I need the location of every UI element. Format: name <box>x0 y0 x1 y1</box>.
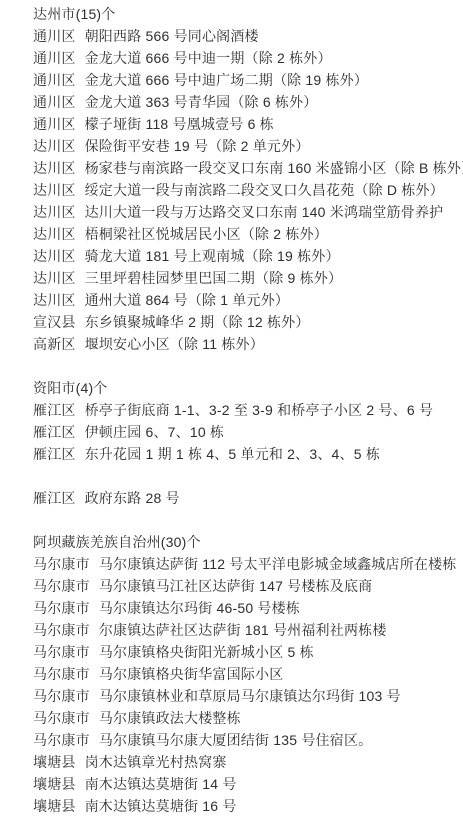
district-label: 通川区 <box>33 50 76 66</box>
section-header: 阿坝藏族羌族自治州(30)个 <box>33 531 463 553</box>
address-text: 马尔康镇格央街阳光新城小区 5 栋 <box>99 644 314 660</box>
address-text: 堰坝安心小区（除 11 栋外） <box>85 336 264 352</box>
address-text: 马尔康镇格央街华富国际小区 <box>99 666 284 682</box>
list-item: 通川区朝阳西路 566 号同心阁酒楼 <box>33 25 463 47</box>
list-item: 马尔康市马尔康镇马尔康大厦团结街 135 号住宿区。 <box>33 729 463 751</box>
list-item: 达川区梧桐梁社区悦城居民小区（除 2 栋外） <box>33 223 463 245</box>
list-item: 达川区通州大道 864 号（除 1 单元外） <box>33 289 463 311</box>
district-label: 雁江区 <box>33 446 76 462</box>
list-item: 马尔康市马尔康镇林业和草原局马尔康镇达尔玛街 103 号 <box>33 685 463 707</box>
district-label: 雁江区 <box>33 424 76 440</box>
address-text: 达川大道一段与万达路交叉口东南 140 米鸿瑞堂筋骨养护 <box>85 204 444 220</box>
list-item: 通川区金龙大道 666 号中迪广场二期（除 19 栋外） <box>33 69 463 91</box>
address-text: 杨家巷与南滨路一段交叉口东南 160 米盛锦小区（除 B 栋外） <box>85 160 463 176</box>
district-label: 马尔康市 <box>33 644 90 660</box>
list-item: 马尔康市马尔康镇达萨街 112 号太平洋电影城金域鑫城店所在楼栋 <box>33 553 463 575</box>
section-header: 达州市(15)个 <box>33 3 463 25</box>
district-label: 通川区 <box>33 72 76 88</box>
address-text: 东乡镇聚城峰华 2 期（除 12 栋外） <box>85 314 310 330</box>
district-label: 雁江区 <box>33 490 76 506</box>
district-label: 马尔康市 <box>33 600 90 616</box>
section-header: 资阳市(4)个 <box>33 377 463 399</box>
address-text: 绥定大道一段与南滨路二段交叉口久昌花苑（除 D 栋外） <box>85 182 444 198</box>
district-label: 马尔康市 <box>33 688 90 704</box>
list-item: 雁江区政府东路 28 号 <box>33 487 463 509</box>
district-label: 达川区 <box>33 182 76 198</box>
list-item: 达川区保险街平安巷 19 号（除 2 单元外） <box>33 135 463 157</box>
address-text: 三里坪碧桂园梦里巴国二期（除 9 栋外） <box>85 270 343 286</box>
address-text: 骑龙大道 181 号上观南城（除 19 栋外） <box>85 248 340 264</box>
address-text: 保险街平安巷 19 号（除 2 单元外） <box>85 138 310 154</box>
list-item: 达川区三里坪碧桂园梦里巴国二期（除 9 栋外） <box>33 267 463 289</box>
district-label: 达川区 <box>33 248 76 264</box>
district-label: 达川区 <box>33 204 76 220</box>
list-item: 通川区金龙大道 363 号青华园（除 6 栋外） <box>33 91 463 113</box>
district-label: 通川区 <box>33 116 76 132</box>
district-label: 马尔康市 <box>33 556 90 572</box>
list-item: 马尔康市尔康镇达萨社区达萨街 181 号州福利社两栋楼 <box>33 619 463 641</box>
list-item: 壤塘县南木达镇达莫塘街 16 号 <box>33 795 463 817</box>
risk-area-list-page: 达州市(15)个通川区朝阳西路 566 号同心阁酒楼通川区金龙大道 666 号中… <box>0 0 463 823</box>
district-label: 雁江区 <box>33 402 76 418</box>
address-text: 金龙大道 666 号中迪一期（除 2 栋外） <box>85 50 332 66</box>
address-text: 马尔康镇林业和草原局马尔康镇达尔玛街 103 号 <box>99 688 401 704</box>
district-label: 通川区 <box>33 28 76 44</box>
district-label: 达川区 <box>33 138 76 154</box>
district-label: 马尔康市 <box>33 578 90 594</box>
address-text: 岗木达镇章光村热窝寨 <box>85 754 227 770</box>
list-item: 马尔康市马尔康镇马江社区达萨街 147 号楼栋及底商 <box>33 575 463 597</box>
list-item: 达川区达川大道一段与万达路交叉口东南 140 米鸿瑞堂筋骨养护 <box>33 201 463 223</box>
district-label: 马尔康市 <box>33 622 90 638</box>
district-label: 马尔康市 <box>33 666 90 682</box>
district-label: 达川区 <box>33 292 76 308</box>
list-item: 马尔康市马尔康镇格央街华富国际小区 <box>33 663 463 685</box>
address-text: 马尔康镇马尔康大厦团结街 135 号住宿区。 <box>99 732 373 748</box>
list-item: 雁江区东升花园 1 期 1 栋 4、5 单元和 2、3、4、5 栋 <box>33 443 463 465</box>
address-text: 檬子垭街 118 号凰城壹号 6 栋 <box>85 116 274 132</box>
district-label: 达川区 <box>33 270 76 286</box>
address-text: 金龙大道 363 号青华园（除 6 栋外） <box>85 94 318 110</box>
list-item: 宣汉县东乡镇聚城峰华 2 期（除 12 栋外） <box>33 311 463 333</box>
address-text: 尔康镇达萨社区达萨街 181 号州福利社两栋楼 <box>99 622 387 638</box>
address-text: 朝阳西路 566 号同心阁酒楼 <box>85 28 259 44</box>
address-text: 政府东路 28 号 <box>85 490 180 506</box>
list-item: 通川区金龙大道 666 号中迪一期（除 2 栋外） <box>33 47 463 69</box>
district-label: 高新区 <box>33 336 76 352</box>
risk-area-list: 达州市(15)个通川区朝阳西路 566 号同心阁酒楼通川区金龙大道 666 号中… <box>33 3 463 817</box>
district-label: 达川区 <box>33 226 76 242</box>
list-item: 壤塘县岗木达镇章光村热窝寨 <box>33 751 463 773</box>
list-item: 马尔康市马尔康镇政法大楼整栋 <box>33 707 463 729</box>
address-text: 金龙大道 666 号中迪广场二期（除 19 栋外） <box>85 72 369 88</box>
address-text: 通州大道 864 号（除 1 单元外） <box>85 292 290 308</box>
district-label: 马尔康市 <box>33 710 90 726</box>
list-item: 达川区绥定大道一段与南滨路二段交叉口久昌花苑（除 D 栋外） <box>33 179 463 201</box>
address-text: 南木达镇达莫塘街 16 号 <box>85 798 237 814</box>
address-text: 马尔康镇达萨街 112 号太平洋电影城金域鑫城店所在楼栋 <box>99 556 457 572</box>
district-label: 壤塘县 <box>33 776 76 792</box>
list-item: 达川区骑龙大道 181 号上观南城（除 19 栋外） <box>33 245 463 267</box>
address-text: 马尔康镇政法大楼整栋 <box>99 710 241 726</box>
address-text: 梧桐梁社区悦城居民小区（除 2 栋外） <box>85 226 328 242</box>
list-item: 壤塘县南木达镇达莫塘街 14 号 <box>33 773 463 795</box>
list-item: 马尔康市马尔康镇格央街阳光新城小区 5 栋 <box>33 641 463 663</box>
district-label: 壤塘县 <box>33 754 76 770</box>
address-text: 桥亭子街底商 1-1、3-2 至 3-9 和桥亭子小区 2 号、6 号 <box>85 402 434 418</box>
list-item: 雁江区桥亭子街底商 1-1、3-2 至 3-9 和桥亭子小区 2 号、6 号 <box>33 399 463 421</box>
list-item: 马尔康市马尔康镇达尔玛街 46-50 号楼栋 <box>33 597 463 619</box>
list-item: 高新区堰坝安心小区（除 11 栋外） <box>33 333 463 355</box>
list-item: 通川区檬子垭街 118 号凰城壹号 6 栋 <box>33 113 463 135</box>
address-text: 马尔康镇达尔玛街 46-50 号楼栋 <box>99 600 300 616</box>
list-item: 雁江区伊顿庄园 6、7、10 栋 <box>33 421 463 443</box>
district-label: 壤塘县 <box>33 798 76 814</box>
address-text: 东升花园 1 期 1 栋 4、5 单元和 2、3、4、5 栋 <box>85 446 380 462</box>
district-label: 达川区 <box>33 160 76 176</box>
district-label: 宣汉县 <box>33 314 76 330</box>
district-label: 马尔康市 <box>33 732 90 748</box>
address-text: 伊顿庄园 6、7、10 栋 <box>85 424 225 440</box>
address-text: 马尔康镇马江社区达萨街 147 号楼栋及底商 <box>99 578 373 594</box>
address-text: 南木达镇达莫塘街 14 号 <box>85 776 237 792</box>
list-item: 达川区杨家巷与南滨路一段交叉口东南 160 米盛锦小区（除 B 栋外） <box>33 157 463 179</box>
district-label: 通川区 <box>33 94 76 110</box>
